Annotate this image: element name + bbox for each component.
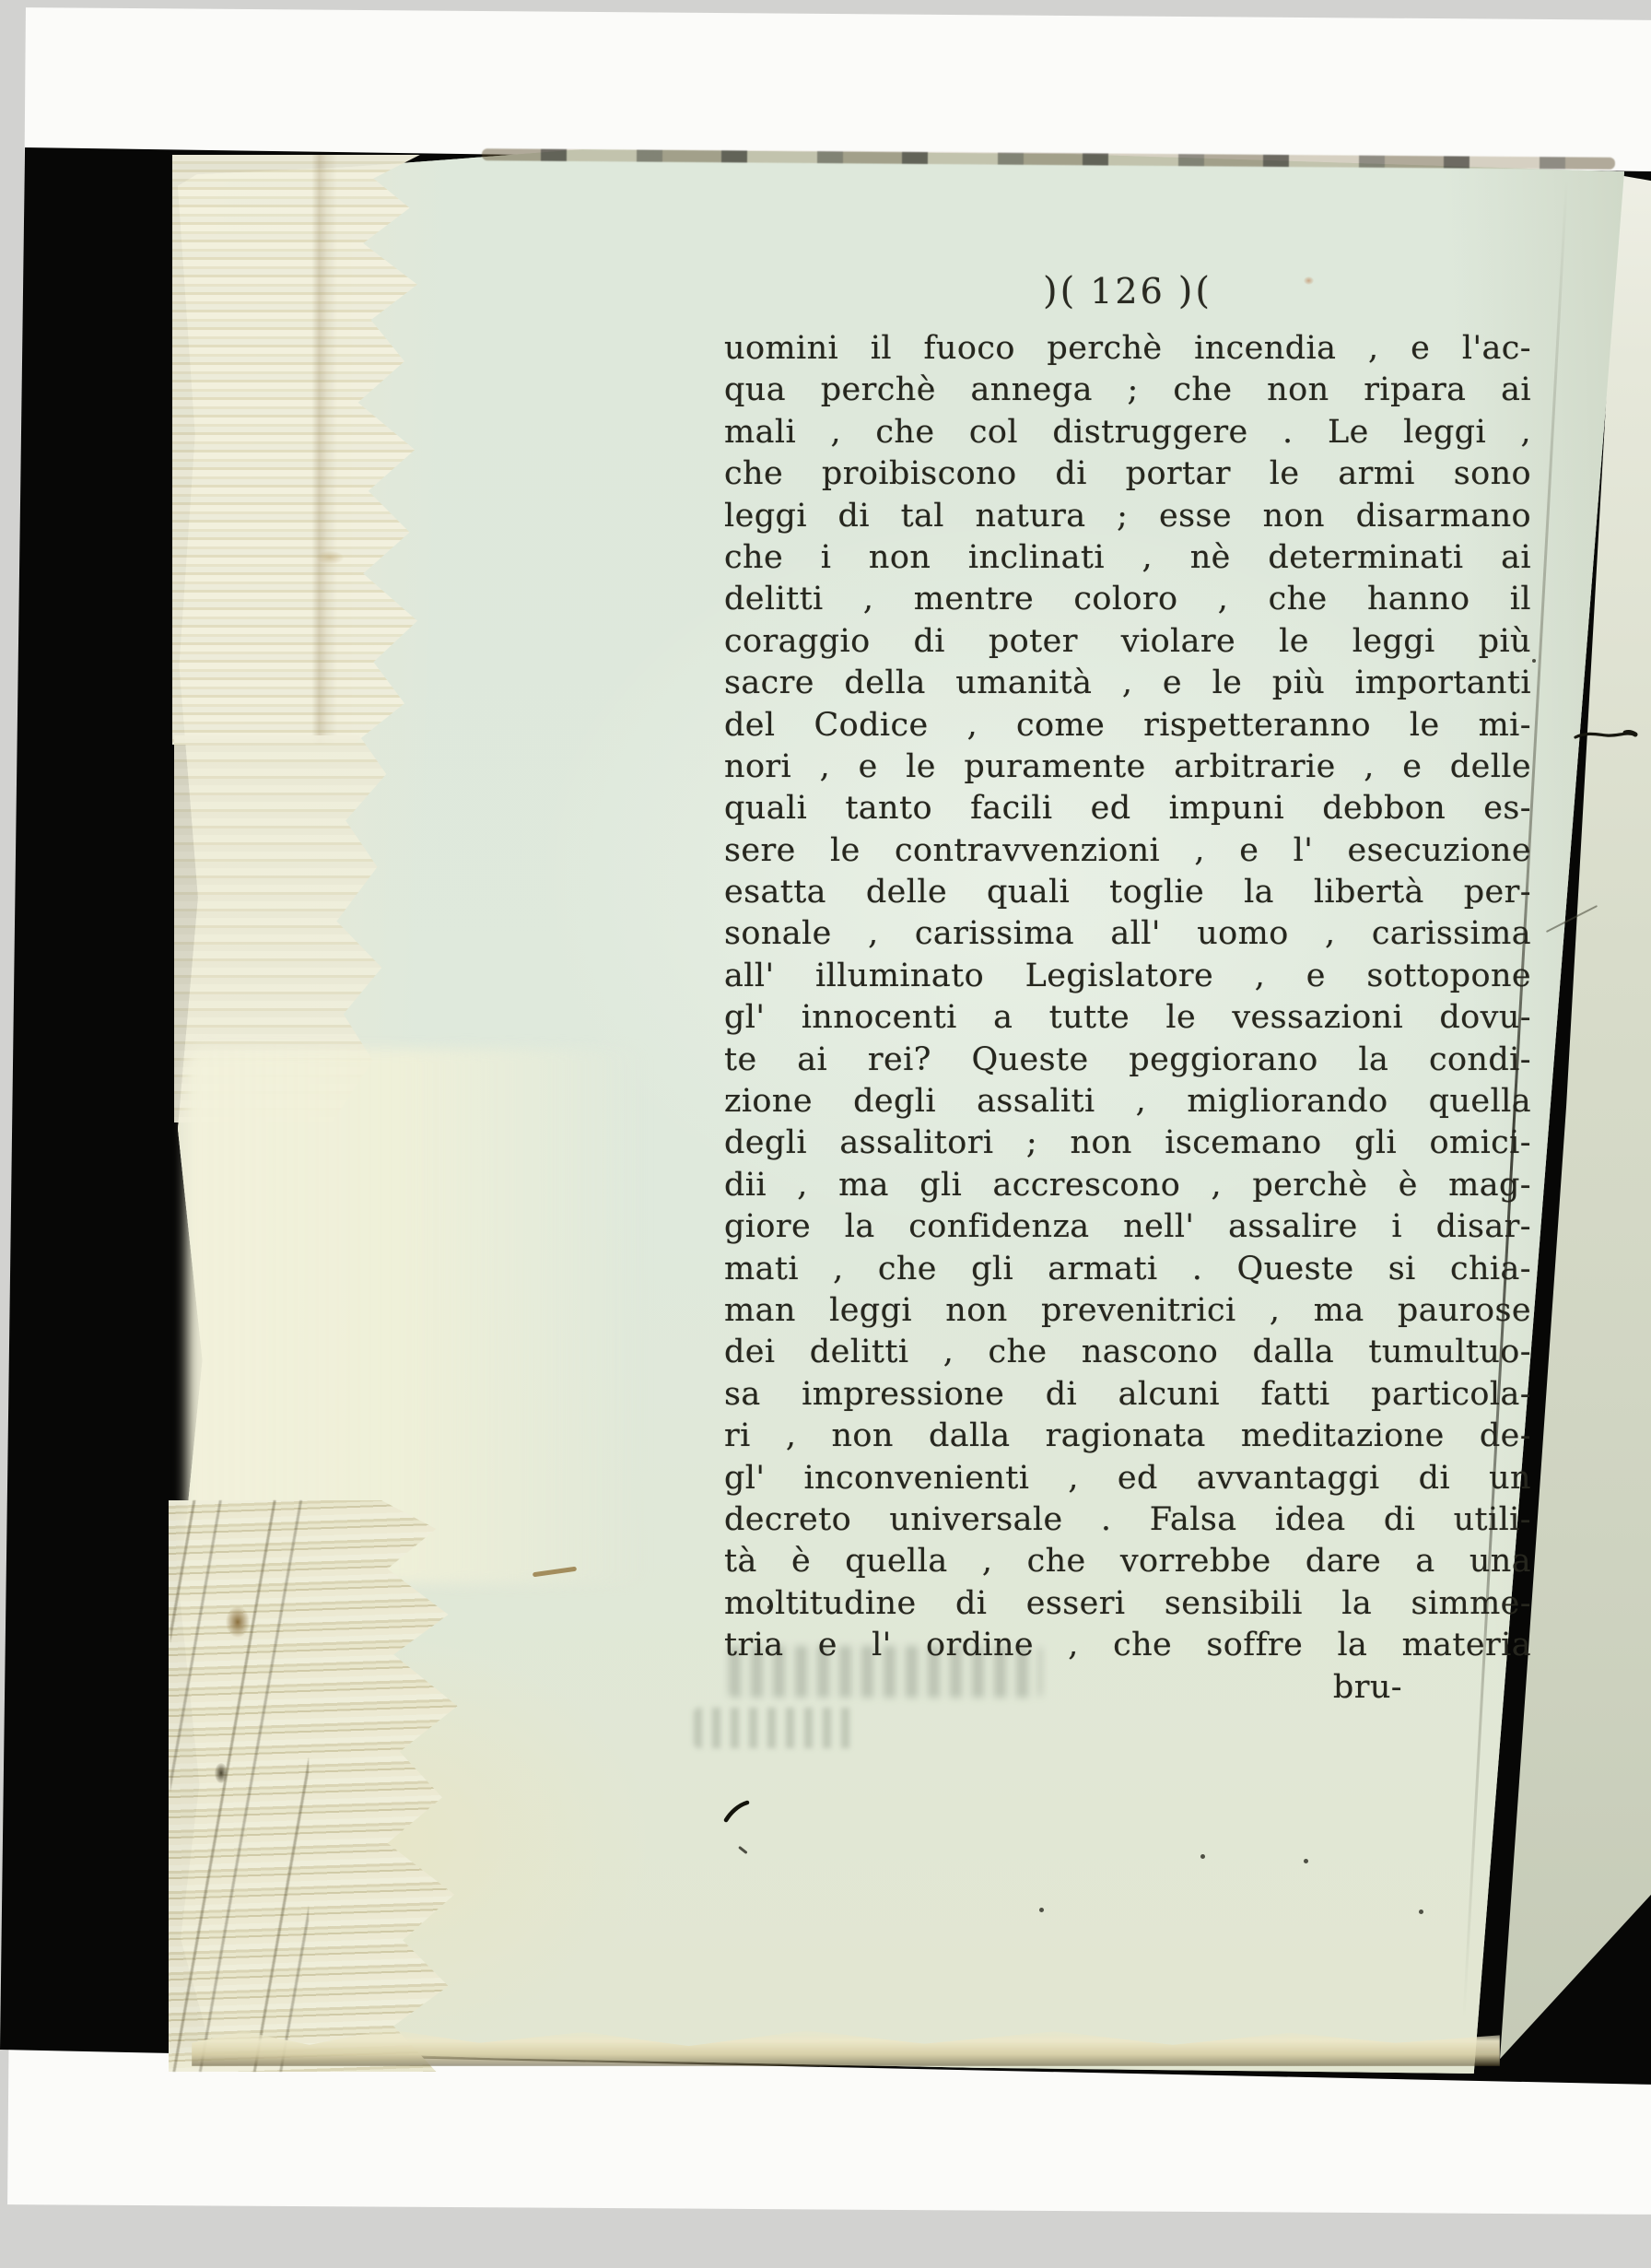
text-line: quali tanto facili ed impuni debbon es-: [724, 788, 1531, 829]
pen-tick-mark: [723, 1800, 751, 1824]
torn-fiber-strands: [170, 1500, 309, 2072]
text-line: che proibiscono di portar le armi sono: [724, 453, 1531, 495]
text-line: delitti , mentre coloro , che hanno il: [724, 579, 1531, 620]
scanned-book-photo: )(126)( uomini il fuoco perchè incendia …: [0, 0, 1651, 2268]
catchword: bru-: [724, 1667, 1531, 1709]
text-line: sacre della umanità , e le più important…: [724, 663, 1531, 704]
header-ornament-left: )(: [1030, 270, 1090, 312]
text-line: qua perchè annega ; che non ripara ai: [724, 370, 1531, 411]
paper-stain: [215, 1763, 228, 1783]
text-line: mati , che gli armati . Queste si chia-: [724, 1249, 1531, 1290]
text-line: coraggio di poter violare le leggi più: [724, 621, 1531, 663]
header-page-number: 126: [1090, 271, 1165, 311]
text-line: che i non inclinati , nè determinati ai: [724, 537, 1531, 579]
paper-stain: [226, 1606, 250, 1638]
margin-dash-mark: [1574, 726, 1638, 745]
text-line: man leggi non prevenitrici , ma paurose: [724, 1290, 1531, 1332]
text-line: ri , non dalla ragionata meditazione de-: [724, 1416, 1531, 1457]
text-lines: uomini il fuoco perchè incendia , e l'ac…: [724, 328, 1531, 1667]
text-line: sere le contravvenzioni , e l' esecuzion…: [724, 830, 1531, 872]
text-line: gl' innocenti a tutte le vessazioni dovu…: [724, 997, 1531, 1039]
ghost-showthrough-text: [694, 1708, 855, 1748]
text-line: all' illuminato Legislatore , e sottopon…: [724, 956, 1531, 997]
ink-speck: [1200, 1854, 1205, 1859]
text-line: leggi di tal natura ; esse non disarmano: [724, 496, 1531, 537]
text-line: tria e l' ordine , che soffre la materia: [724, 1625, 1531, 1666]
ink-speck: [1304, 1859, 1308, 1863]
text-block: )(126)( uomini il fuoco perchè incendia …: [724, 269, 1531, 1709]
header-ornament-right: )(: [1165, 270, 1225, 312]
text-line: mali , che col distruggere . Le leggi ,: [724, 412, 1531, 453]
ink-speck: [1419, 1910, 1423, 1914]
text-line: sonale , carissima all' uomo , carissima: [724, 913, 1531, 955]
text-line: dei delitti , che nascono dalla tumultuo…: [724, 1332, 1531, 1373]
ink-speck: [1039, 1908, 1044, 1912]
text-line: giore la confidenza nell' assalire i dis…: [724, 1206, 1531, 1248]
text-line: uomini il fuoco perchè incendia , e l'ac…: [724, 328, 1531, 370]
text-line: gl' inconvenienti , ed avvantaggi di un: [724, 1458, 1531, 1499]
text-line: del Codice , come rispetteranno le mi-: [724, 705, 1531, 746]
text-line: tà è quella , che vorrebbe dare a una: [724, 1541, 1531, 1582]
book-page: )(126)( uomini il fuoco perchè incendia …: [178, 146, 1624, 2074]
text-line: esatta delle quali toglie la libertà per…: [724, 872, 1531, 913]
text-line: zione degli assaliti , migliorando quell…: [724, 1081, 1531, 1122]
text-line: moltitudine di esseri sensibili la simme…: [724, 1583, 1531, 1625]
page-header: )(126)(: [724, 269, 1531, 313]
text-line: te ai rei? Queste peggiorano la condi-: [724, 1040, 1531, 1081]
text-line: decreto universale . Falsa idea di utili…: [724, 1499, 1531, 1541]
text-line: degli assalitori ; non iscemano gli omic…: [724, 1122, 1531, 1164]
text-line: sa impressione di alcuni fatti particola…: [724, 1374, 1531, 1416]
paper-stain: [316, 551, 344, 564]
ink-speck: [1532, 659, 1536, 663]
text-line: nori , e le puramente arbitrarie , e del…: [724, 746, 1531, 788]
text-line: dii , ma gli accrescono , perchè è mag-: [724, 1165, 1531, 1206]
